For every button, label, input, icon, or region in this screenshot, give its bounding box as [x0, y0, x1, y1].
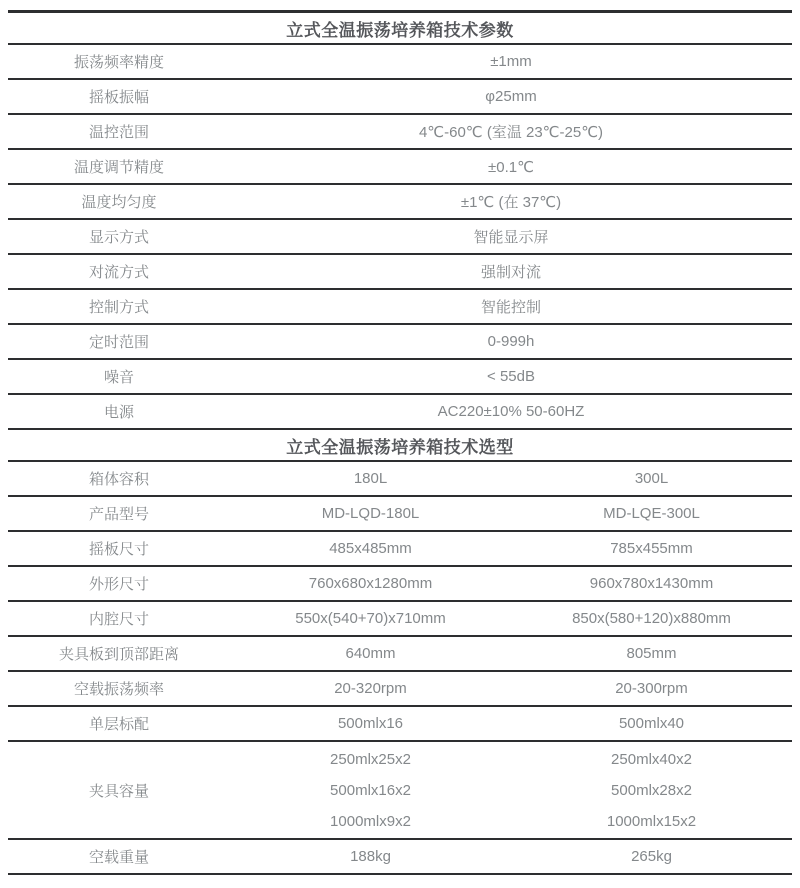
spec-value: ±1℃ (在 37℃) [230, 184, 792, 219]
spec-label: 夹具容量 [8, 741, 230, 839]
table-row: 温度调节精度 ±0.1℃ [8, 149, 792, 184]
spec-label: 对流方式 [8, 254, 230, 289]
table-row: 定时范围 0-999h [8, 324, 792, 359]
spec-value: 0-999h [230, 324, 792, 359]
spec-value-model2: 500mlx40 [511, 706, 792, 741]
spec-value: φ25mm [230, 79, 792, 114]
spec-value-model1: 500mlx16 [230, 706, 511, 741]
capacity-line: 250mlx40x2 [515, 744, 788, 775]
spec-value-model1: 188kg [230, 839, 511, 874]
spec-label: 夹具板到顶部距离 [8, 636, 230, 671]
capacity-line: 500mlx16x2 [234, 775, 507, 806]
table-row: 噪音 < 55dB [8, 359, 792, 394]
spec-value: 强制对流 [230, 254, 792, 289]
table-row: 显示方式 智能显示屏 [8, 219, 792, 254]
spec-label: 产品型号 [8, 496, 230, 531]
section2-title: 立式全温振荡培养箱技术选型 [8, 429, 792, 461]
table-row: 产品型号 MD-LQD-180L MD-LQE-300L [8, 496, 792, 531]
spec-label: 显示方式 [8, 219, 230, 254]
spec-value-model2: 300L [511, 461, 792, 496]
spec-value-model2: 20-300rpm [511, 671, 792, 706]
spec-label: 空载振荡频率 [8, 671, 230, 706]
spec-value-model1: 550x(540+70)x710mm [230, 601, 511, 636]
spec-value: 智能控制 [230, 289, 792, 324]
table-row: 空载振荡频率 20-320rpm 20-300rpm [8, 671, 792, 706]
spec-label: 摇板尺寸 [8, 531, 230, 566]
table-row: 单层标配 500mlx16 500mlx40 [8, 706, 792, 741]
spec-label: 温度均匀度 [8, 184, 230, 219]
spec-label: 控制方式 [8, 289, 230, 324]
spec-value-model1: 180L [230, 461, 511, 496]
table-row: 内腔尺寸 550x(540+70)x710mm 850x(580+120)x88… [8, 601, 792, 636]
spec-label: 定时范围 [8, 324, 230, 359]
spec-value: 4℃-60℃ (室温 23℃-25℃) [230, 114, 792, 149]
table-row: 箱体容积 180L 300L [8, 461, 792, 496]
spec-label: 摇板振幅 [8, 79, 230, 114]
table-row: 电源 AC220±10% 50-60HZ [8, 394, 792, 429]
page: 立式全温振荡培养箱技术参数 振荡频率精度 ±1mm 摇板振幅 φ25mm 温控范… [0, 0, 800, 888]
table-row: 振荡频率精度 ±1mm [8, 44, 792, 79]
spec-label: 单层标配 [8, 706, 230, 741]
table-row: 夹具板到顶部距离 640mm 805mm [8, 636, 792, 671]
spec-value: 智能显示屏 [230, 219, 792, 254]
table-row-clamp-capacity: 夹具容量 250mlx25x2 500mlx16x2 1000mlx9x2 25… [8, 741, 792, 839]
table-row: 控制方式 智能控制 [8, 289, 792, 324]
spec-value-model1: 20-320rpm [230, 671, 511, 706]
capacity-line: 500mlx28x2 [515, 775, 788, 806]
spec-table: 立式全温振荡培养箱技术参数 振荡频率精度 ±1mm 摇板振幅 φ25mm 温控范… [8, 10, 792, 875]
spec-label: 温度调节精度 [8, 149, 230, 184]
table-row: 外形尺寸 760x680x1280mm 960x780x1430mm [8, 566, 792, 601]
table-row: 空载重量 188kg 265kg [8, 839, 792, 874]
spec-value-model2: 785x455mm [511, 531, 792, 566]
section2-header-row: 立式全温振荡培养箱技术选型 [8, 429, 792, 461]
spec-value-model1: 760x680x1280mm [230, 566, 511, 601]
section1-header-row: 立式全温振荡培养箱技术参数 [8, 12, 792, 45]
spec-value-model2: 250mlx40x2 500mlx28x2 1000mlx15x2 [511, 741, 792, 839]
table-row: 对流方式 强制对流 [8, 254, 792, 289]
table-row: 温控范围 4℃-60℃ (室温 23℃-25℃) [8, 114, 792, 149]
spec-label: 内腔尺寸 [8, 601, 230, 636]
spec-value-model1: MD-LQD-180L [230, 496, 511, 531]
table-row: 摇板尺寸 485x485mm 785x455mm [8, 531, 792, 566]
capacity-line: 250mlx25x2 [234, 744, 507, 775]
section1-title: 立式全温振荡培养箱技术参数 [8, 12, 792, 45]
spec-label: 振荡频率精度 [8, 44, 230, 79]
spec-label: 噪音 [8, 359, 230, 394]
spec-value: ±1mm [230, 44, 792, 79]
spec-value: < 55dB [230, 359, 792, 394]
spec-label: 电源 [8, 394, 230, 429]
spec-value-model1: 640mm [230, 636, 511, 671]
spec-label: 箱体容积 [8, 461, 230, 496]
spec-value: ±0.1℃ [230, 149, 792, 184]
spec-value-model2: 805mm [511, 636, 792, 671]
spec-value-model2: MD-LQE-300L [511, 496, 792, 531]
table-row: 温度均匀度 ±1℃ (在 37℃) [8, 184, 792, 219]
spec-value-model1: 485x485mm [230, 531, 511, 566]
spec-value: AC220±10% 50-60HZ [230, 394, 792, 429]
capacity-line: 1000mlx9x2 [234, 806, 507, 837]
spec-label: 温控范围 [8, 114, 230, 149]
spec-label: 外形尺寸 [8, 566, 230, 601]
spec-label: 空载重量 [8, 839, 230, 874]
spec-value-model1: 250mlx25x2 500mlx16x2 1000mlx9x2 [230, 741, 511, 839]
spec-value-model2: 850x(580+120)x880mm [511, 601, 792, 636]
spec-value-model2: 265kg [511, 839, 792, 874]
spec-value-model2: 960x780x1430mm [511, 566, 792, 601]
table-row: 摇板振幅 φ25mm [8, 79, 792, 114]
capacity-line: 1000mlx15x2 [515, 806, 788, 837]
